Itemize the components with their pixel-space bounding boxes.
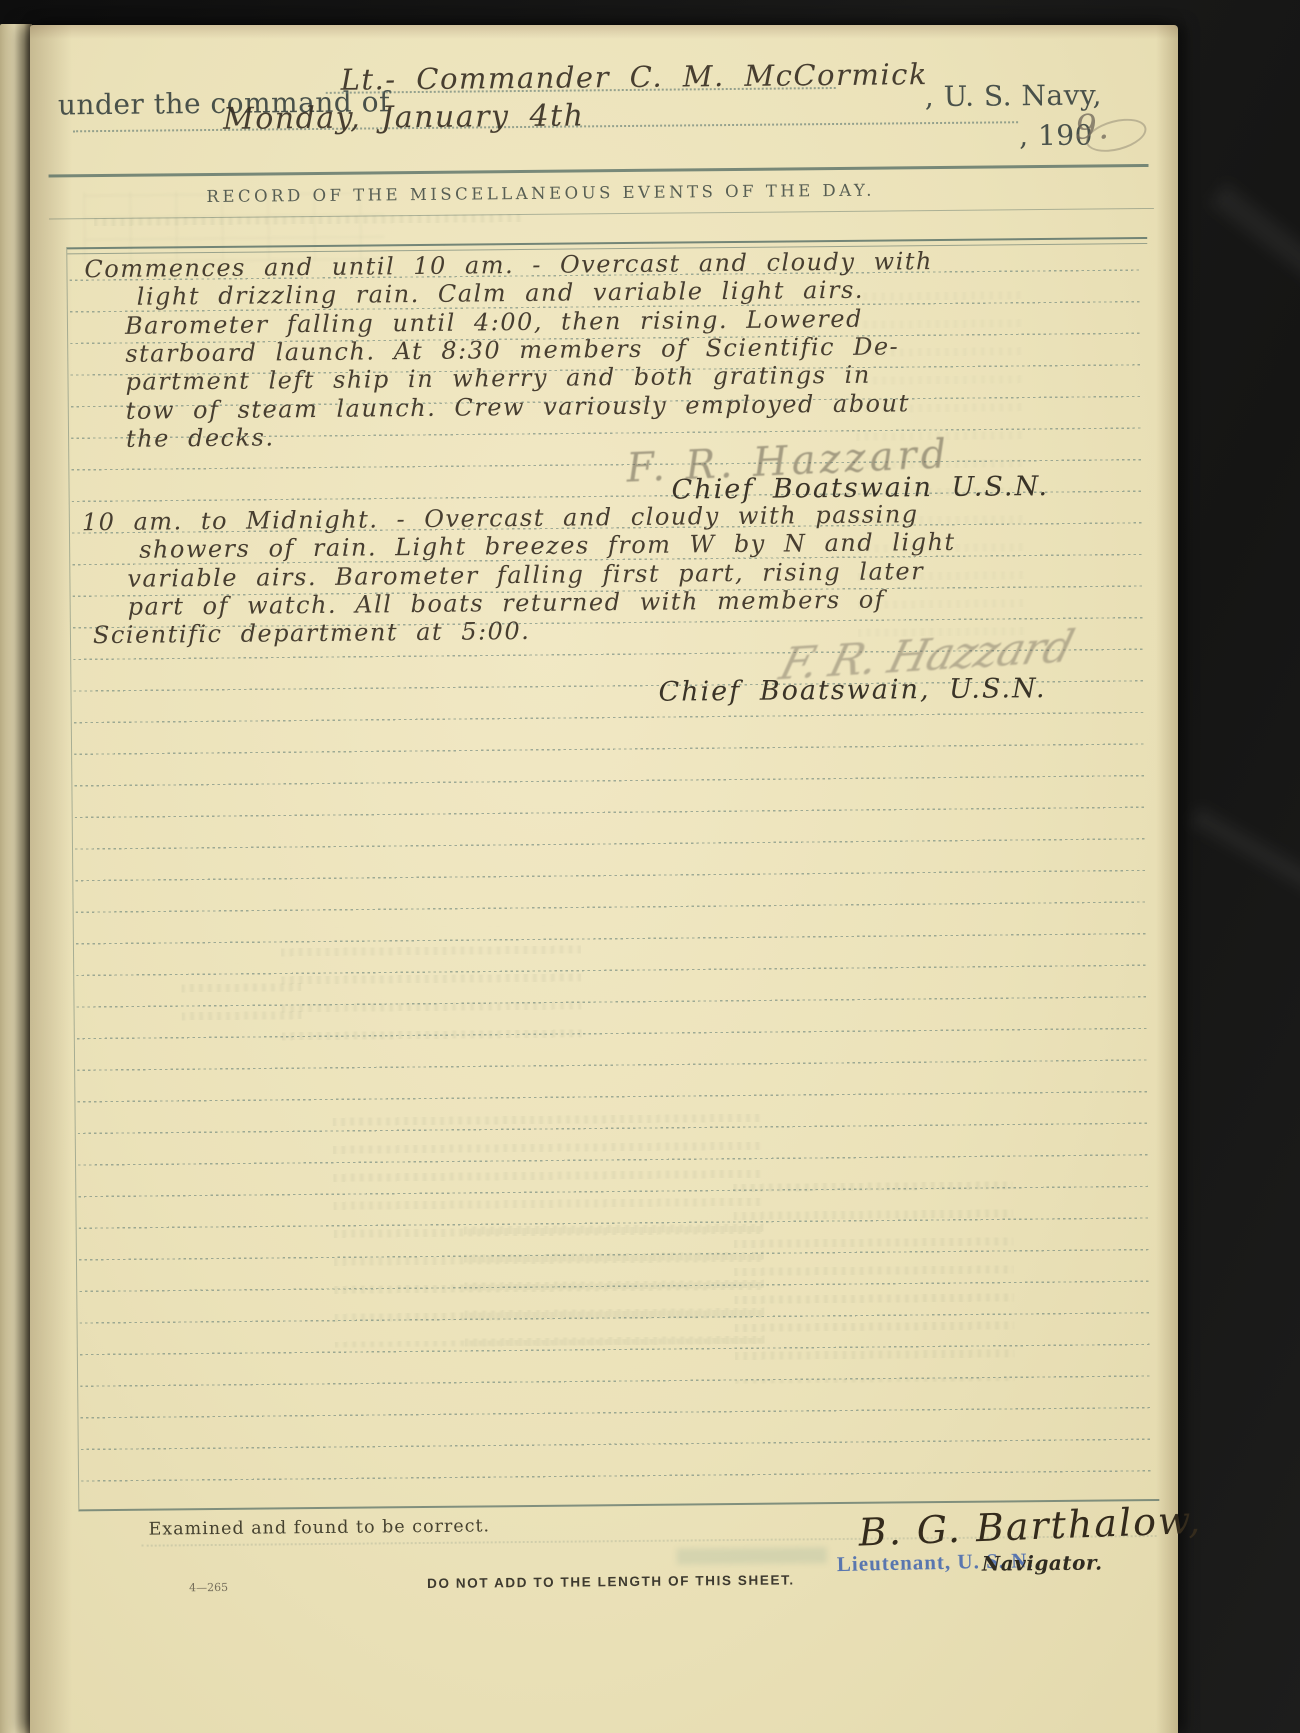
title-rule	[49, 208, 1154, 220]
log-entry-line: light drizzling rain. Calm and variable …	[137, 278, 864, 309]
examined-note: Examined and found to be correct.	[148, 1516, 490, 1539]
form-number: 4—265	[189, 1581, 228, 1594]
logbook-page: under the command of Lt.- Commander C. M…	[30, 25, 1178, 1733]
background-streak	[1210, 183, 1300, 364]
background-streak	[1190, 806, 1300, 933]
watch-officer-rank: Chief Boatswain, U.S.N.	[658, 675, 1046, 706]
length-warning-note: DO NOT ADD TO THE LENGTH OF THIS SHEET.	[427, 1572, 795, 1591]
commander-name-handwritten: Lt.- Commander C. M. McCormick	[341, 60, 929, 95]
log-entry-line: Scientific department at 5:00.	[93, 619, 531, 647]
log-entry-line: the decks.	[126, 425, 275, 450]
scanned-logbook-photo: under the command of Lt.- Commander C. M…	[0, 0, 1300, 1733]
stamp-bleed-ghost	[677, 1547, 827, 1564]
page-content: under the command of Lt.- Commander C. M…	[22, 20, 1186, 1733]
printed-navigator-label: Navigator.	[982, 1550, 1103, 1575]
log-entry-line: tow of steam launch. Crew variously empl…	[126, 391, 910, 423]
log-entry-line: part of watch. All boats returned with m…	[128, 588, 886, 619]
log-entry-line: showers of rain. Light breezes from W by…	[139, 530, 956, 562]
date-handwritten: Monday, January 4th	[223, 101, 585, 134]
header-rule	[49, 164, 1149, 177]
log-entry-line: partment left ship in wherry and both gr…	[125, 363, 870, 394]
watch-officer-rank: Chief Boatswain U.S.N.	[671, 473, 1049, 504]
section-title: RECORD OF THE MISCELLANEOUS EVENTS OF TH…	[66, 179, 1016, 207]
navigator-signature: B. G. Barthalow,	[858, 1501, 1203, 1552]
